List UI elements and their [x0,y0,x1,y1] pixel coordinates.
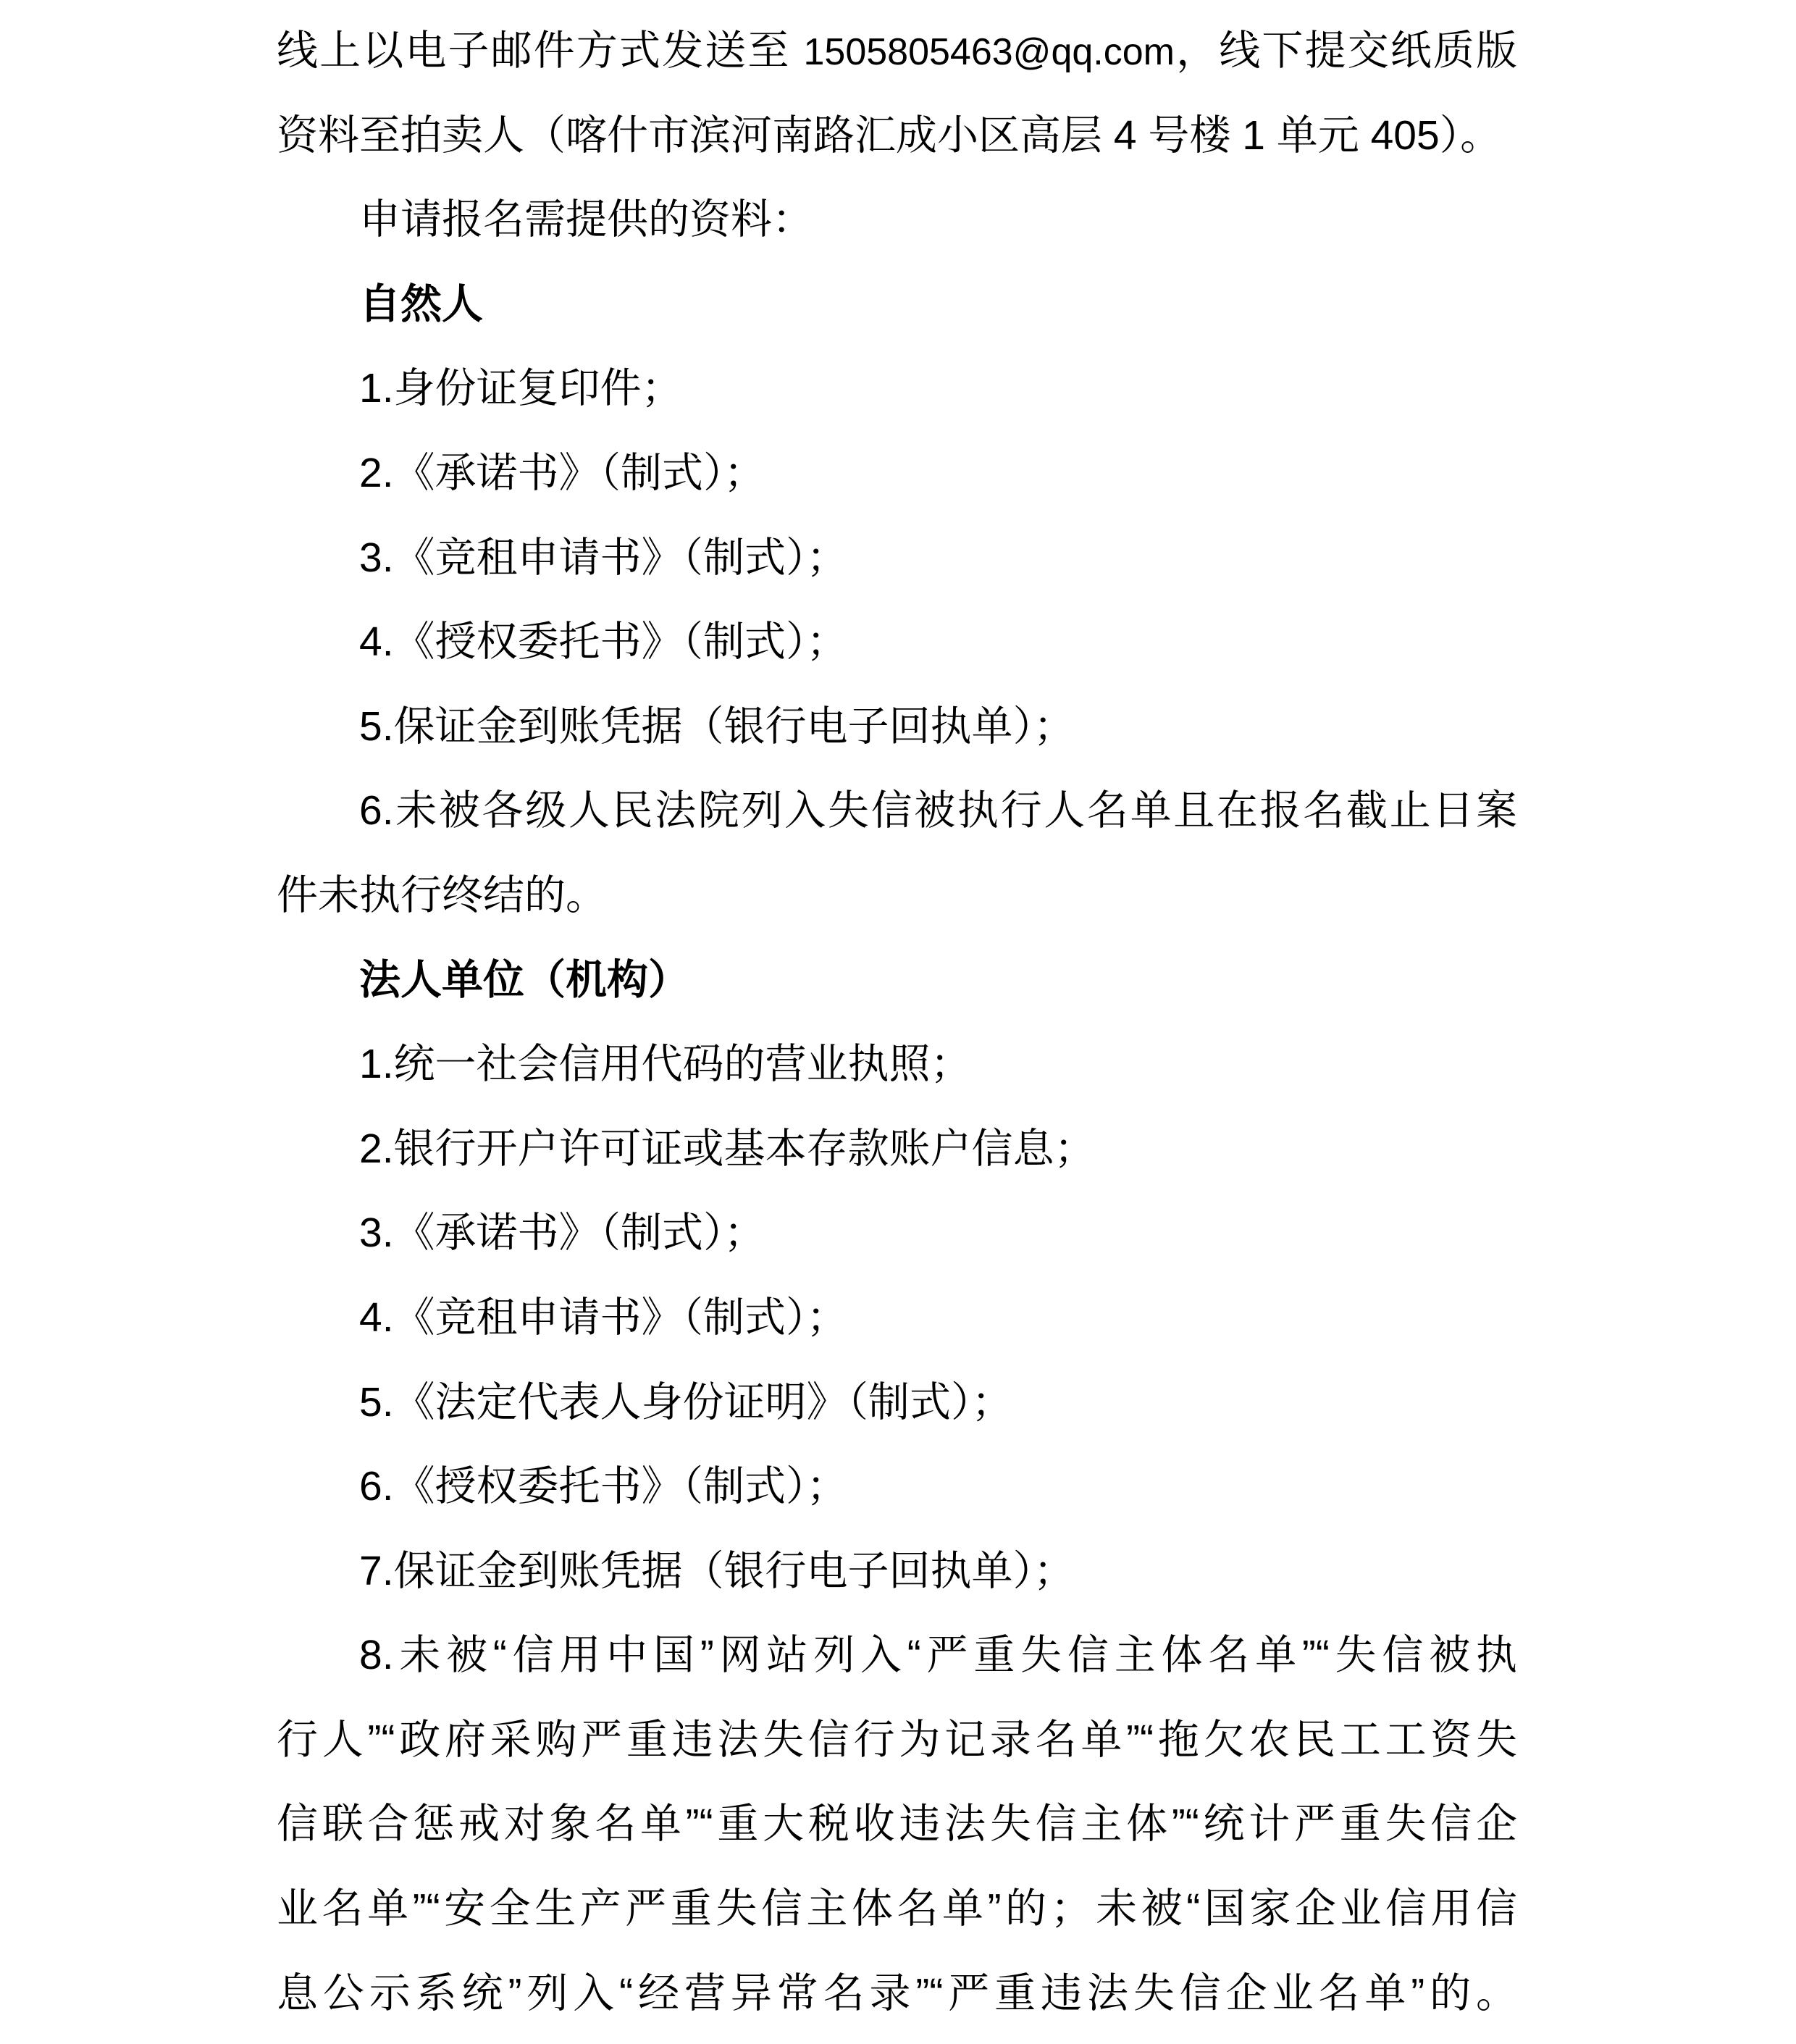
intro-line-2: 资料至拍卖人（喀什市滨河南路汇成小区高层 4 号楼 1 单元 405）。 [277,93,1517,178]
intro-line-1-suffix: ，线下提交纸质版 [1175,28,1517,74]
natural-person-item-3: 3.《竞租申请书》（制式）； [277,516,1517,600]
legal-entity-item-5: 5.《法定代表人身份证明》（制式）； [277,1360,1517,1445]
natural-person-item-5: 5.保证金到账凭据（银行电子回执单）； [277,684,1517,769]
natural-person-item-6-line-1: 6.未被各级人民法院列入失信被执行人名单且在报名截止日案 [277,768,1517,853]
legal-entity-item-2: 2.银行开户许可证或基本存款账户信息； [277,1107,1517,1191]
email-address: 1505805463@qq.com [803,31,1175,73]
intro-line-2-prefix: 资料至拍卖人（ [277,112,566,159]
legal-entity-item-8-line-4: 业名单”“安全生产严重失信主体名单”的；未被“国家企业信用信 [277,1867,1517,1951]
intro-line-1-prefix: 线上以电子邮件方式发送至 [277,28,803,74]
legal-entity-item-6: 6.《授权委托书》（制式）； [277,1444,1517,1529]
legal-entity-item-8-line-1: 8.未被“信用中国”网站列入“严重失信主体名单”“失信被执 [277,1613,1517,1698]
document-body: 线上以电子邮件方式发送至 1505805463@qq.com，线下提交纸质版 资… [277,9,1517,2035]
legal-entity-item-8-line-2: 行人”“政府采购严重违法失信行为记录名单”“拖欠农民工工资失 [277,1698,1517,1783]
intro-line-1: 线上以电子邮件方式发送至 1505805463@qq.com，线下提交纸质版 [277,9,1517,93]
natural-person-item-1: 1.身份证复印件； [277,346,1517,431]
document-page: 线上以电子邮件方式发送至 1505805463@qq.com，线下提交纸质版 资… [0,0,1796,2044]
requirements-heading: 申请报名需提供的资料： [277,177,1517,262]
legal-entity-item-7: 7.保证金到账凭据（银行电子回执单）； [277,1529,1517,1614]
legal-entity-item-3: 3.《承诺书》（制式）； [277,1191,1517,1276]
legal-entity-item-1: 1.统一社会信用代码的营业执照； [277,1022,1517,1107]
intro-line-2-suffix: ）。 [1440,112,1502,159]
legal-entity-item-8-line-3: 信联合惩戒对象名单”“重大税收违法失信主体”“统计严重失信企 [277,1782,1517,1867]
natural-person-heading: 自然人 [277,262,1517,347]
natural-person-item-4: 4.《授权委托书》（制式）； [277,600,1517,684]
legal-entity-heading: 法人单位（机构） [277,938,1517,1023]
natural-person-item-6-line-2: 件未执行终结的。 [277,853,1517,938]
auctioneer-address: 喀什市滨河南路汇成小区高层 4 号楼 1 单元 405 [566,112,1440,159]
legal-entity-item-8-line-5: 息公示系统”列入“经营异常名录”“严重违法失信企业名单”的。 [277,1951,1517,2036]
natural-person-item-2: 2.《承诺书》（制式）； [277,431,1517,516]
legal-entity-item-4: 4.《竞租申请书》（制式）； [277,1276,1517,1360]
